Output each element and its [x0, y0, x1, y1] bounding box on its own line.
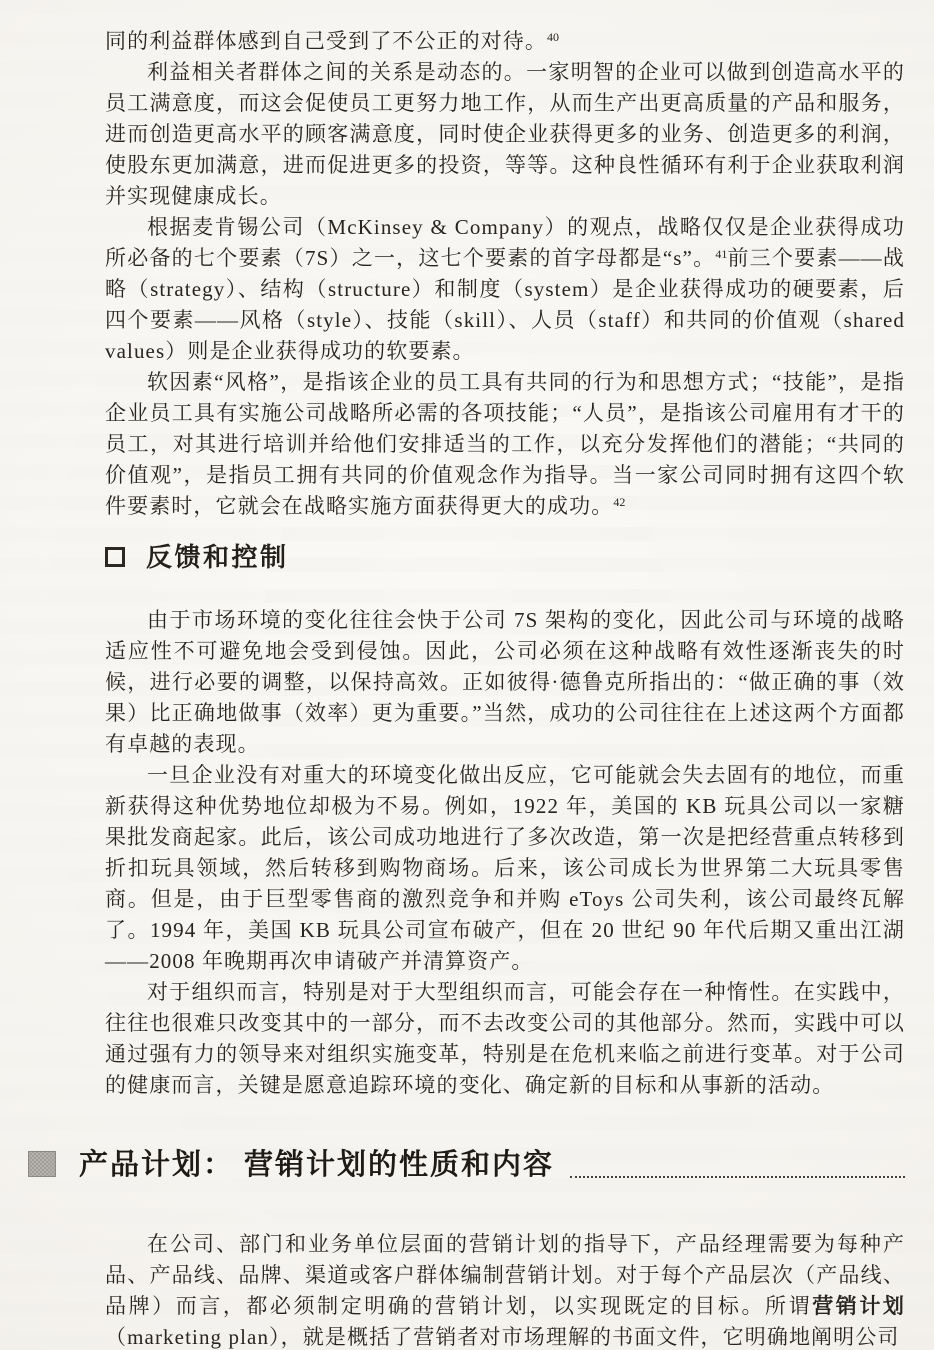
paragraph: 软因素“风格”，是指该企业的员工具有共同的行为和思想方式；“技能”，是指企业员工…: [105, 367, 905, 522]
book-page: 同的利益群体感到自己受到了不公正的对待。40 利益相关者群体之间的关系是动态的。…: [0, 0, 934, 1350]
section-heading-text: 产品计划： 营销计划的性质和内容: [79, 1142, 554, 1183]
subheading-text: 反馈和控制: [146, 537, 289, 574]
paragraph: 一旦企业没有对重大的环境变化做出反应，它可能就会失去固有的地位，而重新获得这种优…: [105, 760, 905, 977]
paragraph: 根据麦肯锡公司（McKinsey & Company）的观点，战略仅仅是企业获得…: [105, 212, 905, 367]
subheading-feedback-and-control: 反馈和控制: [105, 537, 905, 574]
dotted-underline-rule: [570, 1176, 905, 1178]
paragraph: 对于组织而言，特别是对于大型组织而言，可能会存在一种惰性。在实践中，往往也很难只…: [105, 977, 905, 1101]
paragraph: 同的利益群体感到自己受到了不公正的对待。40: [105, 26, 905, 57]
paragraph: 由于市场环境的变化往往会快于公司 7S 架构的变化，因此公司与环境的战略适应性不…: [105, 605, 905, 760]
paragraph: 在公司、部门和业务单位层面的营销计划的指导下，产品经理需要为每种产品、产品线、品…: [105, 1229, 905, 1350]
gray-square-bullet-icon: [28, 1151, 56, 1177]
paragraph: 利益相关者群体之间的关系是动态的。一家明智的企业可以做到创造高水平的员工满意度，…: [105, 57, 905, 212]
hollow-square-bullet-icon: [105, 547, 125, 567]
page-text-column: 同的利益群体感到自己受到了不公正的对待。40 利益相关者群体之间的关系是动态的。…: [105, 26, 905, 1350]
section-heading-product-planning: 产品计划： 营销计划的性质和内容: [28, 1142, 905, 1183]
